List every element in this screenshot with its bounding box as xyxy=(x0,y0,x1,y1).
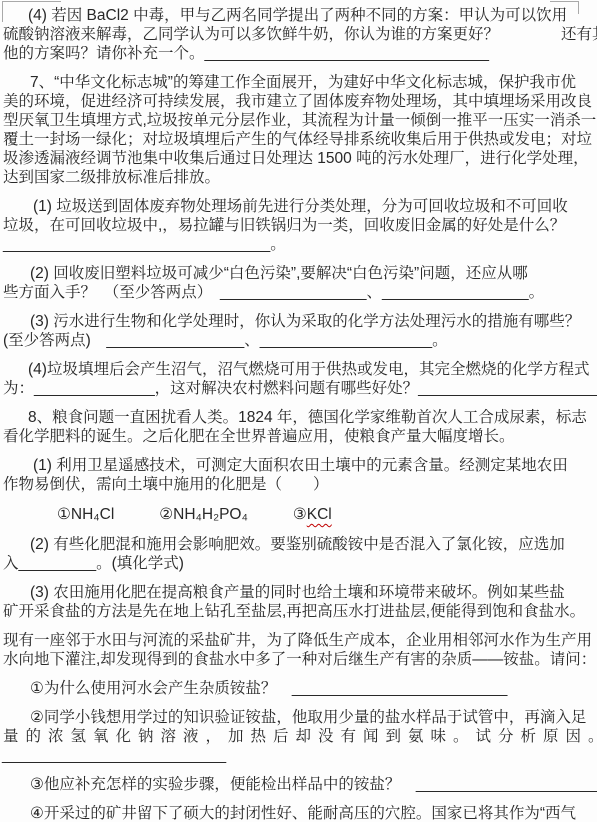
text-line: 垃圾，在可回收垃圾中,，易拉罐与旧铁锅归为一类，回收废旧金属的好处是什么？ xyxy=(0,216,597,235)
formula-option: ②NH₄H₂PO₄ xyxy=(159,504,248,525)
formula-text: NH₄H₂PO₄ xyxy=(173,506,248,523)
text-line: (2) 有些化肥混和施用会影响肥效。要鉴别硫酸铵中是否混入了氯化铵，应选加 xyxy=(0,535,597,554)
document-page[interactable]: (4) 若因 BaCl2 中毒，甲与乙两名同学提出了两种不同的方案：甲认为可以饮… xyxy=(0,0,597,822)
text-line: 些方面入手？ （至少答两点） _________________、_______… xyxy=(0,283,597,302)
fertilizer-options-row: ①NH₄Cl②NH₄H₂PO₄③KCl xyxy=(0,504,597,525)
text-line: 7、“中华文化标志城”的筹建工作全面展开，为建好中华文化标志城，保护我市优 xyxy=(0,73,597,92)
document-body: (4) 若因 BaCl2 中毒，甲与乙两名同学提出了两种不同的方案：甲认为可以饮… xyxy=(0,0,597,822)
text-line: (4) 若因 BaCl2 中毒，甲与乙两名同学提出了两种不同的方案：甲认为可以饮… xyxy=(0,6,597,25)
text-line: (至少答两点) ________________、_______________… xyxy=(0,331,597,350)
text-line: 现有一座邻于水田与河流的采盐矿井，为了降低生产成本，企业用相邻河水作为生产用 xyxy=(0,631,597,650)
text-line: ③他应补充怎样的实验步骤，便能检出样品中的铵盐？ _______________… xyxy=(0,775,597,794)
text-line: 为：______________，这对解决农村燃料问题有哪些好处？_______… xyxy=(0,379,597,398)
text-line: 达到国家二级排放标准后排放。 xyxy=(0,168,597,187)
text-line: (4)垃圾填埋后会产生沼气，沼气燃烧可用于供热或发电，其完全燃烧的化学方程式 xyxy=(0,360,597,379)
paragraph-spacer xyxy=(0,187,597,197)
text-line: 水向地下灌注,却发现得到的食盐水中多了一种对后继生产有害的杂质——铵盐。请问： xyxy=(0,650,597,669)
formula-option: ①NH₄Cl xyxy=(57,504,114,525)
circled-number: ① xyxy=(57,506,71,523)
circled-number: ② xyxy=(159,506,173,523)
paragraph-spacer xyxy=(0,525,597,535)
paragraph-spacer xyxy=(0,254,597,264)
paragraph-spacer xyxy=(0,446,597,456)
text-line: 矿开采食盐的方法是先在地上钻孔至盐层,再把高压水打进盐层,便能得到饱和食盐水。 xyxy=(0,602,597,621)
formula-option: ③KCl xyxy=(293,504,332,525)
text-line: _______________________________。 xyxy=(0,235,597,254)
text-line: (2) 回收废旧塑料垃圾可减少“白色污染”,要解决“白色污染”问题，还应从哪 xyxy=(0,264,597,283)
paragraph-spacer xyxy=(0,669,597,679)
formula-text-spellcheck-underline: KCl xyxy=(307,506,332,523)
paragraph-spacer xyxy=(0,621,597,631)
paragraph-spacer xyxy=(0,698,597,708)
paragraph-spacer xyxy=(0,794,597,804)
paragraph-spacer xyxy=(0,573,597,583)
paragraph-spacer xyxy=(0,398,597,408)
text-line: 他的方案吗？请你补充一个。___________________________… xyxy=(0,44,597,63)
paragraph-spacer xyxy=(0,350,597,360)
text-line: 作物易倒伏，需向土壤中施用的化肥是（ ） xyxy=(0,475,597,494)
text-line: 硫酸钠溶液来解毒，乙同学认为可以多饮鲜牛奶，你认为谁的方案更好？ 还有其 xyxy=(0,25,597,44)
text-boundary-mark-top-left xyxy=(2,1,61,22)
paragraph-spacer xyxy=(0,302,597,312)
text-line: 圾渗透漏液经调节池集中收集后通过日处理达 1500 吨的污水处理厂，进行化学处理… xyxy=(0,149,597,168)
text-line: 型厌氧卫生填埋方式,垃圾按单元分层作业，其流程为计量一倾倒一推平一压实一消杀一 xyxy=(0,111,597,130)
text-line: ④开采过的矿井留下了硕大的封闭性好、能耐高压的穴腔。国家已将其作为“西气 xyxy=(0,804,597,822)
paragraph-spacer xyxy=(0,63,597,73)
paragraph-spacer xyxy=(0,765,597,775)
text-boundary-mark-top-right xyxy=(550,1,579,14)
text-line: ②同学小钱想用学过的知识验证铵盐，他取用少量的盐水样品于试管中，再滴入足 xyxy=(0,708,597,727)
text-line: (1) 利用卫星遥感技术，可测定大面积农田土壤中的元素含量。经测定某地农田 xyxy=(0,456,597,475)
paragraph-spacer xyxy=(0,494,597,504)
text-line: ①为什么使用河水会产生杂质铵盐？ _______________________… xyxy=(0,679,597,698)
text-line: 覆土一封场一绿化；对垃圾填埋后产生的气体经导排系统收集后用于供热或发电；对垃 xyxy=(0,130,597,149)
formula-text: NH₄Cl xyxy=(71,506,114,523)
circled-number: ③ xyxy=(293,506,307,523)
text-line: 8、粮食问题一直困扰看人类。1824 年，德国化学家维勒首次人工合成尿素，标志 xyxy=(0,408,597,427)
text-line: __________________________ xyxy=(0,746,597,765)
text-line: 入_________。(填化学式) xyxy=(0,554,597,573)
text-line: 看化学肥料的诞生。之后化肥在全世界普遍应用，使粮食产量大幅度增长。 xyxy=(0,427,597,446)
text-line: (3) 农田施用化肥在提高粮食产量的同时也给土壤和环境带来破坏。例如某些盐 xyxy=(0,583,597,602)
text-line: (3) 污水进行生物和化学处理时，你认为采取的化学方法处理污水的措施有哪些？ xyxy=(0,312,597,331)
text-line: 美的环境，促进经济可持续发展，我市建立了固体废弃物处理场，其中填埋场采用改良 xyxy=(0,92,597,111)
text-line: (1) 垃圾送到固体废弃物处理场前先进行分类处理，分为可回收垃圾和不可回收 xyxy=(0,197,597,216)
text-line: 量的浓氢氧化钠溶液，加热后却没有闻到氨味。试分析原因。 xyxy=(0,727,597,746)
